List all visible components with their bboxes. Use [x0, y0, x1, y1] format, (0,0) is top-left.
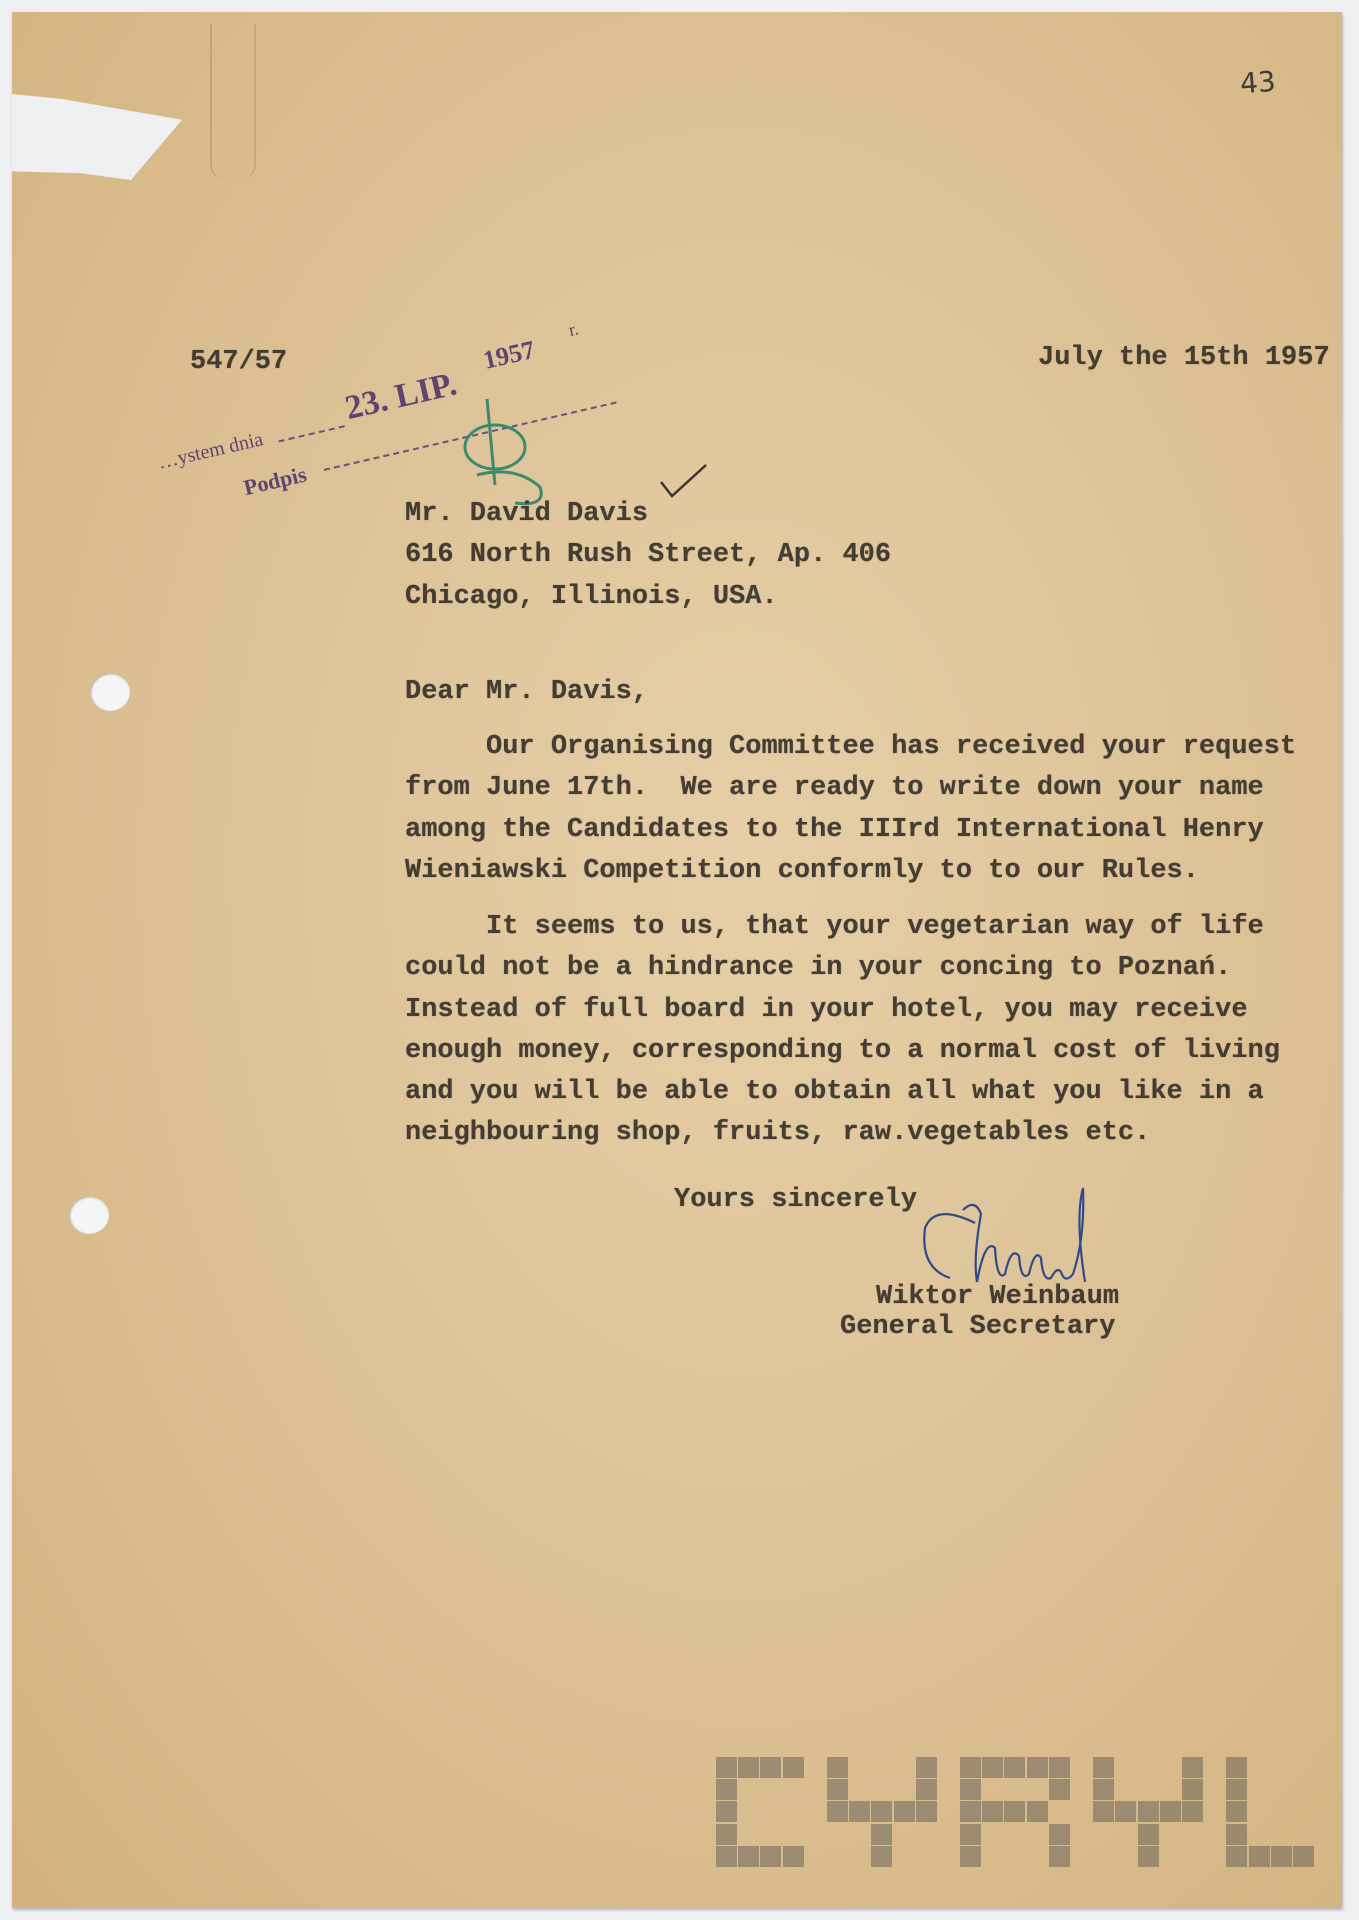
body-line: could not be a hindrance in your concing…: [405, 948, 1231, 990]
body-line: Our Organising Committee has received yo…: [405, 727, 1296, 769]
recipient-name: Mr. David Davis: [405, 494, 648, 536]
stamp-day-month: 23. LIP.: [342, 366, 461, 428]
paper-fold-mark: [210, 24, 256, 179]
body-line: Wieniawski Competition conformly to to o…: [405, 851, 1199, 893]
signatory-title: General Secretary: [840, 1307, 1115, 1349]
cyryl-watermark-logo: [716, 1757, 1314, 1867]
punch-hole-bottom: [69, 1196, 109, 1234]
salutation: Dear Mr. Davis,: [405, 672, 648, 714]
torn-corner: [12, 94, 182, 180]
punch-hole-top: [90, 673, 130, 711]
stamp-prefix: …ystem dnia: [156, 428, 266, 475]
page-number: 43: [1239, 65, 1277, 100]
body-line: among the Candidates to the IIIrd Intern…: [405, 810, 1264, 852]
recipient-city: Chicago, Illinois, USA.: [405, 577, 778, 619]
letter-date: July the 15th 1957: [1038, 338, 1330, 380]
stamp-date-line: [278, 425, 345, 442]
body-line: enough money, corresponding to a normal …: [405, 1031, 1280, 1073]
recipient-street: 616 North Rush Street, Ap. 406: [405, 535, 891, 577]
body-line: neighbouring shop, fruits, raw.vegetable…: [405, 1113, 1150, 1155]
checkmark-icon: [658, 462, 710, 502]
body-line: and you will be able to obtain all what …: [405, 1072, 1264, 1114]
stamp-year: 1957: [480, 335, 537, 376]
body-line: It seems to us, that your vegetarian way…: [405, 907, 1264, 949]
closing: Yours sincerely: [674, 1180, 917, 1222]
body-line: Instead of full board in your hotel, you…: [405, 990, 1248, 1032]
body-line: from June 17th. We are ready to write do…: [405, 768, 1264, 810]
stamp-suffix: r.: [567, 318, 581, 341]
